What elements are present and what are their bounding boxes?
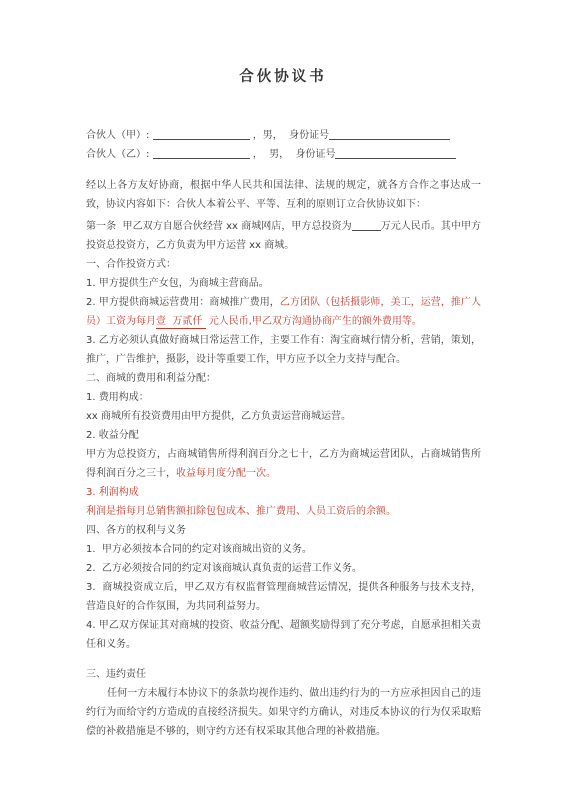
text-run: 1. 甲方提供生产女包，为商城主营商品。 xyxy=(86,278,269,289)
document-body: 合伙人（甲）: ，男， 身份证号合伙人（乙）: ， 男， 身份证号经以上各方友好… xyxy=(86,126,481,741)
text-run: xx 商城所有投资费用由甲方提供，乙方负责运营商城运营。 xyxy=(86,411,351,422)
text-run: ，男， 身份证号 xyxy=(250,130,330,141)
section-4-item-2: 2. 乙方必须按合同的约定对该商城认真负责的运营工作义务。 xyxy=(86,559,481,578)
section-4-heading: 四、各方的权利与义务 xyxy=(86,521,481,540)
blank-field-name xyxy=(153,149,250,159)
text-run: 三、违约责任 xyxy=(86,669,146,680)
blank-field-amount xyxy=(352,221,381,231)
text-run: 4. 甲乙双方保证其对商城的投资、收益分配、超额奖励得到了充分考虑，自愿承担相关… xyxy=(86,620,481,650)
highlighted-text-run: 3. 利润构成 xyxy=(86,487,139,498)
text-run: 任何一方未履行本协议下的条款均视作违约、做出违约行为的一方应承担因自己的违约行为… xyxy=(86,688,481,737)
section-2-heading: 二、商城的费用和利益分配： xyxy=(86,369,481,388)
section-4-item-3: 3. 商城投资成立后，甲乙双方有权监督管理商城营运情况，提供各种服务与技术支持，… xyxy=(86,578,481,616)
text-run: 甲方为总投资方，占商城销售所得利润百分之七十，乙方为商城运营团队，占商城销售所得… xyxy=(86,449,481,479)
breach-paragraph: 任何一方未履行本协议下的条款均视作违约、做出违约行为的一方应承担因自己的违约行为… xyxy=(86,684,481,741)
contract-page: 合伙协议书 合伙人（甲）: ，男， 身份证号合伙人（乙）: ， 男， 身份证号经… xyxy=(0,0,566,800)
text-run: 1. 费用构成： xyxy=(86,392,149,403)
section-1-item-3: 3. 乙方必须认真做好商城日常运营工作，主要工作有：淘宝商城行情分析，营销，策划… xyxy=(86,331,481,369)
text-run: 四、各方的权利与义务 xyxy=(86,525,186,536)
text-run: 2. 甲方提供商城运营费用：商城推广费用， xyxy=(86,297,280,308)
text-run: 第一条 甲乙双方自愿合伙经营 xx 商城网店，甲方总投资为 xyxy=(86,221,352,232)
text-run: 2. 收益分配 xyxy=(86,430,139,441)
blank-field-id xyxy=(335,149,456,159)
section-4-item-1: 1. 甲方必须按本合同的约定对该商城出资的义务。 xyxy=(86,540,481,559)
partner-line-jia: 合伙人（甲）: ，男， 身份证号 xyxy=(86,126,481,145)
section-4-item-4: 4. 甲乙双方保证其对商城的投资、收益分配、超额奖励得到了充分考虑，自愿承担相关… xyxy=(86,616,481,654)
highlighted-text-run: 收益每月度分配一次。 xyxy=(176,468,276,479)
section-1-heading: 一、合作投资方式： xyxy=(86,255,481,274)
section-2-item-2: 2. 收益分配 xyxy=(86,426,481,445)
intro-paragraph: 经以上各方友好协商，根据中华人民共和国法律、法规的规定，就各方合作之事达成一致，… xyxy=(86,176,481,214)
partner-line-yi: 合伙人（乙）: ， 男， 身份证号 xyxy=(86,145,481,164)
text-run: 合伙人（甲）: xyxy=(86,130,153,141)
section-2-item-2-body: 甲方为总投资方，占商城销售所得利润百分之七十，乙方为商城运营团队，占商城销售所得… xyxy=(86,445,481,483)
text-run: 合伙人（乙）: xyxy=(86,149,153,160)
highlighted-text-run: 壹 万贰仟 xyxy=(156,316,206,329)
text-run: 1. 甲方必须按本合同的约定对该商城出资的义务。 xyxy=(86,544,312,555)
article-1-paragraph: 第一条 甲乙双方自愿合伙经营 xx 商城网店，甲方总投资为万元人民币。其中甲方投… xyxy=(86,217,481,255)
text-run: 3. 乙方必须认真做好商城日常运营工作，主要工作有：淘宝商城行情分析，营销，策划… xyxy=(86,335,481,365)
section-2-item-3-body: 利润是指每月总销售额扣除包包成本、推广费用、人员工资后的余额。 xyxy=(86,502,481,521)
section-1-item-1: 1. 甲方提供生产女包，为商城主营商品。 xyxy=(86,274,481,293)
highlighted-text-run: 利润是指每月总销售额扣除包包成本、推广费用、人员工资后的余额。 xyxy=(86,506,396,517)
text-run: ， 男， 身份证号 xyxy=(250,149,336,160)
section-2-item-1: 1. 费用构成： xyxy=(86,388,481,407)
blank-field-id xyxy=(329,130,450,140)
section-2-item-1-body: xx 商城所有投资费用由甲方提供，乙方负责运营商城运营。 xyxy=(86,407,481,426)
blank-field-name xyxy=(153,130,250,140)
highlighted-text-run: 元人民币,甲乙双方沟通协商产生的额外费用等。 xyxy=(206,316,422,327)
text-run: 二、商城的费用和利益分配： xyxy=(86,373,216,384)
section-3-heading: 三、违约责任 xyxy=(86,665,481,684)
text-run: 3. 商城投资成立后，甲乙双方有权监督管理商城营运情况，提供各种服务与技术支持，… xyxy=(86,582,481,612)
document-title: 合伙协议书 xyxy=(0,0,566,87)
text-run: 经以上各方友好协商，根据中华人民共和国法律、法规的规定，就各方合作之事达成一致，… xyxy=(86,180,481,210)
section-2-item-3: 3. 利润构成 xyxy=(86,483,481,502)
text-run: 一、合作投资方式： xyxy=(86,259,176,270)
section-1-item-2: 2. 甲方提供商城运营费用：商城推广费用，乙方团队（包括摄影师，美工，运营，推广… xyxy=(86,293,481,331)
text-run: 2. 乙方必须按合同的约定对该商城认真负责的运营工作义务。 xyxy=(86,563,362,574)
